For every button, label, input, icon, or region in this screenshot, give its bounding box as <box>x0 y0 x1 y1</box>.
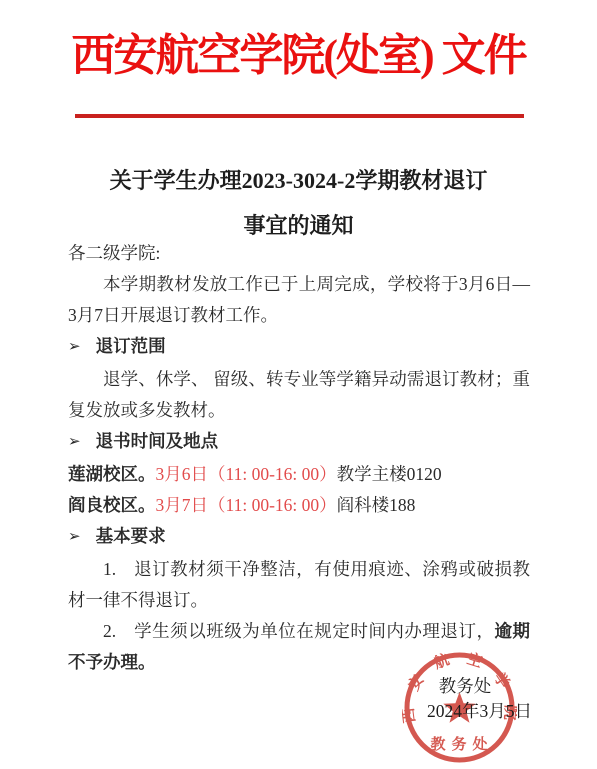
arrow-bullet-icon: ➢ <box>68 427 81 458</box>
section-heading-time-label: 退书时间及地点 <box>96 431 219 451</box>
document-title: 关于学生办理2023-3024-2学期教材退订 事宜的通知 <box>50 158 547 248</box>
campus-line-yanliang: 阎良校区。3月7日（11: 00-16: 00）阎科楼188 <box>68 490 530 521</box>
signature-department: 教务处 <box>402 673 528 698</box>
signature-date: 2024年3月5日 <box>427 698 532 723</box>
letterhead-title: 西安航空学院(处室) 文件 <box>0 24 597 88</box>
section-heading-scope-label: 退订范围 <box>96 336 166 356</box>
section-heading-requirements: ➢基本要求 <box>68 521 530 554</box>
campus-place: 教学主楼0120 <box>337 464 442 484</box>
section-heading-time: ➢退书时间及地点 <box>68 426 530 459</box>
campus-name: 阎良校区。 <box>68 495 156 515</box>
campus-name: 莲湖校区。 <box>68 464 156 484</box>
campus-place: 阎科楼188 <box>337 495 416 515</box>
document-title-line1: 关于学生办理2023-3024-2学期教材退订 <box>50 158 547 203</box>
section-heading-scope: ➢退订范围 <box>68 331 530 364</box>
intro-paragraph: 本学期教材发放工作已于上周完成，学校将于3月6日—3月7日开展退订教材工作。 <box>68 269 530 331</box>
arrow-bullet-icon: ➢ <box>68 332 81 363</box>
document-body: 各二级学院: 本学期教材发放工作已于上周完成，学校将于3月6日—3月7日开展退订… <box>68 238 530 678</box>
campus-line-lianhu: 莲湖校区。3月6日（11: 00-16: 00）教学主楼0120 <box>68 459 530 490</box>
campus-time: 3月6日（11: 00-16: 00） <box>156 464 337 484</box>
requirement-1: 1. 退订教材须干净整洁，有使用痕迹、涂鸦或破损教材一律不得退订。 <box>68 554 530 616</box>
seal-bottom-text: 教务处 <box>430 735 493 753</box>
arrow-bullet-icon: ➢ <box>68 522 81 553</box>
salutation: 各二级学院: <box>68 238 530 269</box>
scope-paragraph: 退学、休学、 留级、转专业等学籍异动需退订教材；重复发放或多发教材。 <box>68 364 530 426</box>
document-page: 西安航空学院(处室) 文件 关于学生办理2023-3024-2学期教材退订 事宜… <box>0 0 597 769</box>
campus-time: 3月7日（11: 00-16: 00） <box>156 495 337 515</box>
requirement-2-text: 2. 学生须以班级为单位在规定时间内办理退订， <box>103 621 494 641</box>
section-heading-requirements-label: 基本要求 <box>96 526 166 546</box>
red-divider-line <box>75 114 524 118</box>
